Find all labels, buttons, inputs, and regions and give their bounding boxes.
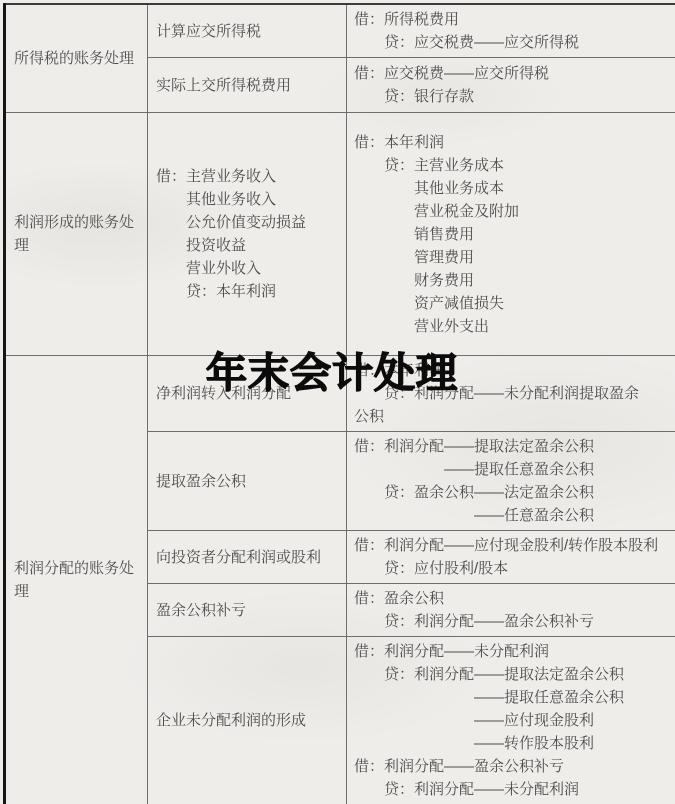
entry-line: 借：应交税费——应交所得税 <box>354 62 675 85</box>
entry-line: 其他业务成本 <box>354 177 675 200</box>
entry-line: 营业外支出 <box>354 315 675 338</box>
operation-cell: 向投资者分配利润或股利 <box>148 531 347 584</box>
entry-line: 管理费用 <box>354 246 675 269</box>
category-label: 利润形成的账务处理 <box>14 211 139 257</box>
category-label: 所得税的账务处理 <box>14 47 139 70</box>
operation-cell: 实际上交所得税费用 <box>148 58 347 113</box>
entry-line: ——任意盈余公积 <box>354 504 675 527</box>
operation-line: 贷：本年利润 <box>156 280 338 303</box>
category-cell: 利润形成的账务处理 <box>5 113 148 356</box>
entry-line: 公积 <box>354 405 675 428</box>
operation-cell: 提取盈余公积 <box>148 432 347 531</box>
operation-line: 计算应交所得税 <box>156 20 338 43</box>
entry-line: 贷：主营业务成本 <box>354 154 675 177</box>
operation-line: 实际上交所得税费用 <box>156 74 338 97</box>
entry-line: 资产减值损失 <box>354 292 675 315</box>
entry-line: 借：利润分配——未分配利润 <box>354 640 675 663</box>
entry-line: 借：本年利润 <box>354 131 675 154</box>
operation-cell: 盈余公积补亏 <box>148 584 347 637</box>
entry-line: 财务费用 <box>354 269 675 292</box>
entry-line: 借：利润分配——提取法定盈余公积 <box>354 435 675 458</box>
entry-line: 营业税金及附加 <box>354 200 675 223</box>
operation-cell: 计算应交所得税 <box>148 4 347 58</box>
operation-line: 盈余公积补亏 <box>156 599 338 622</box>
entry-line: 贷：利润分配——盈余公积补亏 <box>354 610 675 633</box>
entry-line: 贷：盈余公积——法定盈余公积 <box>354 481 675 504</box>
entry-cell: 借：利润分配——提取法定盈余公积 ——提取任意盈余公积 贷：盈余公积——法定盈余… <box>347 432 675 531</box>
page-title: 年末会计处理 <box>206 340 458 399</box>
entry-cell: 借：利润分配——未分配利润 贷：利润分配——提取法定盈余公积 ——提取任意盈余公… <box>347 637 675 804</box>
category-label: 利润分配的账务处理 <box>14 557 139 603</box>
entry-line: ——转作股本股利 <box>354 732 675 755</box>
table-body: 所得税的账务处理计算应交所得税借：所得税费用 贷：应交税费——应交所得税实际上交… <box>5 4 675 804</box>
entry-line: 贷：利润分配——提取法定盈余公积 <box>354 663 675 686</box>
operation-cell: 企业未分配利润的形成 <box>148 637 347 804</box>
entry-line: 借：所得税费用 <box>354 8 675 31</box>
operation-line: 企业未分配利润的形成 <box>156 709 338 732</box>
entry-line: 贷：利润分配——未分配利润 <box>354 778 675 801</box>
operation-line: 提取盈余公积 <box>156 470 338 493</box>
entry-line: 借：盈余公积 <box>354 587 675 610</box>
category-cell: 所得税的账务处理 <box>5 4 148 113</box>
entry-cell: 借：所得税费用 贷：应交税费——应交所得税 <box>347 4 675 58</box>
entry-line: 贷：银行存款 <box>354 85 675 108</box>
operation-cell: 借：主营业务收入 其他业务收入 公允价值变动损益 投资收益 营业外收入 贷：本年… <box>148 113 347 356</box>
operation-line: 营业外收入 <box>156 257 338 280</box>
entry-line: 贷：应付股利/股本 <box>354 557 675 580</box>
entry-line: 借：利润分配——盈余公积补亏 <box>354 755 675 778</box>
entry-line: ——应付现金股利 <box>354 709 675 732</box>
operation-line: 投资收益 <box>156 234 338 257</box>
accounting-table: 所得税的账务处理计算应交所得税借：所得税费用 贷：应交税费——应交所得税实际上交… <box>3 3 675 804</box>
entry-line: ——提取任意盈余公积 <box>354 458 675 481</box>
entry-line: 销售费用 <box>354 223 675 246</box>
category-cell: 利润分配的账务处理 <box>5 356 148 804</box>
entry-cell: 借：盈余公积 贷：利润分配——盈余公积补亏 <box>347 584 675 637</box>
entry-line: ——提取任意盈余公积 <box>354 686 675 709</box>
entry-cell: 借：应交税费——应交所得税 贷：银行存款 <box>347 58 675 113</box>
operation-line: 向投资者分配利润或股利 <box>156 546 338 569</box>
entry-line: 借：利润分配——应付现金股利/转作股本股利 <box>354 534 675 557</box>
operation-line: 借：主营业务收入 <box>156 165 338 188</box>
operation-line: 其他业务收入 <box>156 188 338 211</box>
table-row: 利润形成的账务处理借：主营业务收入 其他业务收入 公允价值变动损益 投资收益 营… <box>5 113 675 356</box>
entry-cell: 借：利润分配——应付现金股利/转作股本股利 贷：应付股利/股本 <box>347 531 675 584</box>
operation-line: 公允价值变动损益 <box>156 211 338 234</box>
table-row: 所得税的账务处理计算应交所得税借：所得税费用 贷：应交税费——应交所得税 <box>5 4 675 58</box>
entry-cell: 借：本年利润 贷：主营业务成本 其他业务成本 营业税金及附加 销售费用 管理费用… <box>347 113 675 356</box>
entry-line: 贷：应交税费——应交所得税 <box>354 31 675 54</box>
